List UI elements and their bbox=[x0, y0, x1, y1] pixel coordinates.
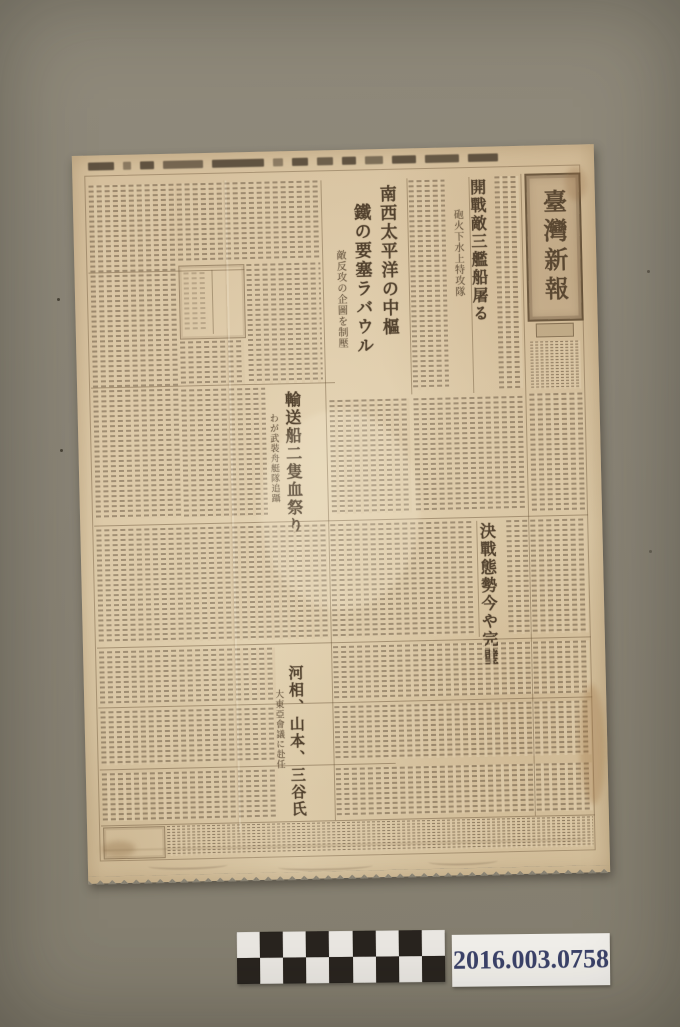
foxing-stain bbox=[564, 166, 587, 200]
checker-cell bbox=[376, 956, 399, 982]
checker-cell bbox=[283, 931, 306, 957]
checker-cell bbox=[306, 957, 329, 983]
bottom-margin-smudge bbox=[148, 861, 228, 871]
boxed-notice bbox=[178, 264, 246, 339]
boxed-notice-divider bbox=[211, 270, 213, 334]
body-text-column bbox=[180, 340, 245, 385]
newspaper-page: 臺灣新報 開戰敵三艦船屠る 砲火下水上特攻隊 南西太平洋の中樞 鐵の要塞ラバウル… bbox=[72, 144, 610, 884]
checker-cell bbox=[352, 931, 375, 957]
headline-bottom-center: 河相、山本、三谷氏 bbox=[287, 665, 305, 818]
headline-center-top-line2: 鐵の要塞ラバウル bbox=[351, 203, 371, 355]
body-text-column bbox=[529, 392, 586, 511]
checker-cell bbox=[398, 930, 421, 956]
checker-cell bbox=[375, 930, 398, 956]
accession-number: 2016.003.0758 bbox=[453, 944, 609, 976]
body-text-column bbox=[336, 762, 593, 816]
checker-cell bbox=[422, 930, 445, 956]
checker-cell bbox=[353, 957, 376, 983]
body-text-column bbox=[181, 388, 268, 518]
masthead-title: 臺灣新報 bbox=[535, 189, 573, 306]
body-text-column bbox=[408, 180, 449, 391]
body-text-column bbox=[334, 700, 591, 760]
body-text-column bbox=[100, 708, 277, 766]
checker-cell bbox=[399, 956, 422, 982]
boxed-notice-text bbox=[183, 272, 208, 333]
checker-cell bbox=[329, 931, 352, 957]
body-text-column bbox=[99, 648, 276, 704]
body-text-column bbox=[333, 640, 590, 698]
publication-info-text bbox=[530, 341, 581, 390]
headline-center-top-deck: 敵反攻の企圖を制壓 bbox=[334, 250, 346, 349]
body-text-column bbox=[176, 180, 320, 261]
body-text-column bbox=[506, 518, 589, 634]
checker-cell bbox=[237, 958, 260, 984]
calibration-checkerboard bbox=[237, 930, 446, 984]
body-text-column bbox=[246, 262, 323, 384]
headline-right-top-deck: 砲火下水上特攻隊 bbox=[451, 209, 463, 297]
masthead-edition-box bbox=[536, 323, 574, 338]
body-text-column bbox=[102, 770, 279, 822]
background-specks bbox=[57, 298, 60, 301]
accession-label: 2016.003.0758 bbox=[452, 933, 611, 987]
headline-center-top-line1: 南西太平洋の中樞 bbox=[377, 185, 397, 337]
checker-cell bbox=[422, 956, 445, 982]
checker-cell bbox=[283, 957, 306, 983]
body-text-column bbox=[494, 176, 523, 388]
checker-cell bbox=[329, 957, 352, 983]
checker-cell bbox=[237, 932, 260, 958]
checker-cell bbox=[260, 932, 283, 958]
checker-cell bbox=[306, 931, 329, 957]
body-text-column bbox=[413, 396, 526, 512]
body-text-column bbox=[88, 184, 182, 520]
checker-cell bbox=[260, 958, 283, 984]
photo-background: 臺灣新報 開戰敵三艦船屠る 砲火下水上特攻隊 南西太平洋の中樞 鐵の要塞ラバウル… bbox=[0, 0, 680, 1027]
